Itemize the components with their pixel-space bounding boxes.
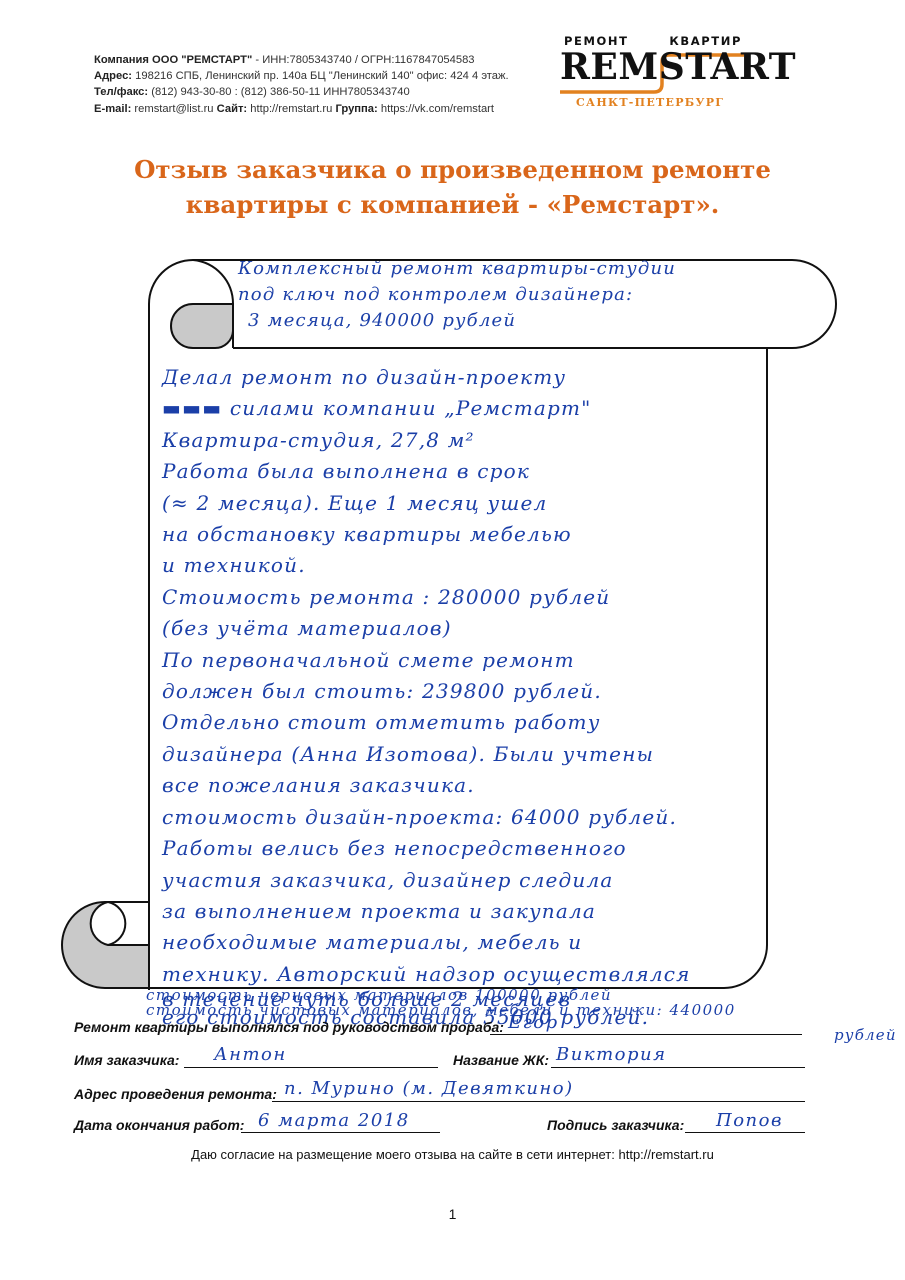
repair-address-field[interactable] <box>272 1101 805 1102</box>
signature-field[interactable] <box>685 1132 805 1133</box>
review-line: Работы велись без непосредственного <box>162 833 691 864</box>
foreman-value: Егор <box>508 1012 559 1033</box>
complex-name-label: Название ЖК: <box>453 1052 549 1068</box>
review-line: за выполнением проекта и закупала <box>162 896 691 927</box>
review-line: Квартира-студия, 27,8 м² <box>162 425 691 456</box>
foreman-label: Ремонт квартиры выполнялся под руководст… <box>74 1019 504 1035</box>
review-heading: Комплексный ремонт квартиры-студии под к… <box>238 256 676 334</box>
review-line: дизайнера (Анна Изотова). Были учтены <box>162 739 691 770</box>
review-line: участия заказчика, дизайнер следила <box>162 865 691 896</box>
review-line: необходимые материалы, мебель и <box>162 927 691 958</box>
review-body: Делал ремонт по дизайн-проекту ▬▬▬ силам… <box>162 362 691 1026</box>
foreman-field[interactable] <box>490 1034 802 1035</box>
complex-name-field[interactable] <box>551 1067 805 1068</box>
review-line: По первоначальной смете ремонт <box>162 645 691 676</box>
review-heading-line: под ключ под контролем дизайнера: <box>238 282 676 308</box>
customer-name-field[interactable] <box>184 1067 438 1068</box>
review-line: Работа была выполнена в срок <box>162 456 691 487</box>
completion-date-value: 6 марта 2018 <box>258 1110 410 1131</box>
review-extra-line: стоимость чистовых материалов, мебели и … <box>146 1003 736 1018</box>
review-heading-line: Комплексный ремонт квартиры-студии <box>238 256 676 282</box>
review-line: и техникой. <box>162 550 691 581</box>
review-line: стоимость дизайн-проекта: 64000 рублей. <box>162 802 691 833</box>
review-line: Отдельно стоит отметить работу <box>162 707 691 738</box>
complex-name-value: Виктория <box>556 1044 667 1065</box>
repair-address-label: Адрес проведения ремонта: <box>74 1086 277 1102</box>
review-line: должен был стоить: 239800 рублей. <box>162 676 691 707</box>
customer-name-value: Антон <box>214 1044 287 1065</box>
page-number: 1 <box>0 1206 905 1222</box>
review-line: ▬▬▬ силами компании „Ремстарт" <box>162 393 691 424</box>
review-line: (≈ 2 месяца). Еще 1 месяц ушел <box>162 488 691 519</box>
review-line: Делал ремонт по дизайн-проекту <box>162 362 691 393</box>
customer-name-label: Имя заказчика: <box>74 1052 179 1068</box>
completion-date-label: Дата окончания работ: <box>74 1117 244 1133</box>
review-heading-line: 3 месяца, 940000 рублей <box>238 308 676 334</box>
review-line: Стоимость ремонта : 280000 рублей <box>162 582 691 613</box>
completion-date-field[interactable] <box>241 1132 440 1133</box>
signature-value: Попов <box>716 1110 783 1131</box>
review-line: на обстановку квартиры мебелью <box>162 519 691 550</box>
review-line: (без учёта материалов) <box>162 613 691 644</box>
review-line: все пожелания заказчика. <box>162 770 691 801</box>
consent-statement: Даю согласие на размещение моего отзыва … <box>0 1147 905 1162</box>
review-extra: стоимость черновых материалов 100000 руб… <box>146 988 736 1018</box>
review-extra-tail: рублей <box>834 1026 897 1044</box>
repair-address-value: п. Мурино (м. Девяткино) <box>284 1078 574 1099</box>
signature-label: Подпись заказчика: <box>547 1117 684 1133</box>
